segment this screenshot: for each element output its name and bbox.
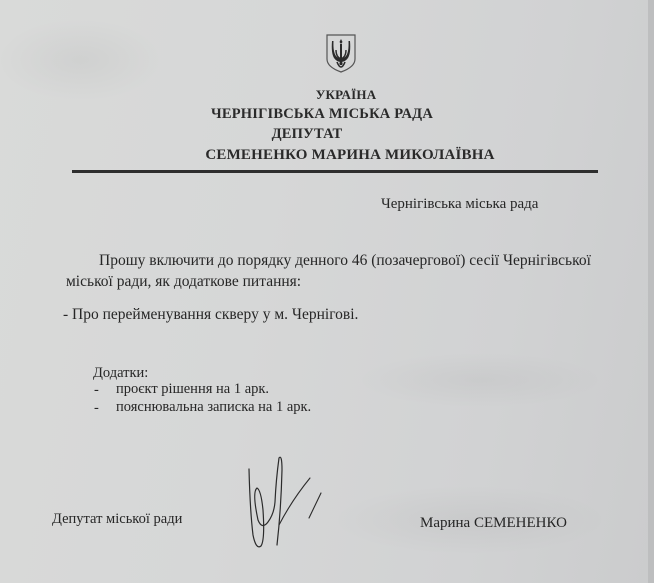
- trident-emblem-icon: [324, 33, 358, 73]
- signatory-role: Депутат міської ради: [52, 511, 182, 528]
- agenda-item: - Про перейменування скверу у м. Черніго…: [63, 306, 358, 324]
- paper-edge: [648, 0, 654, 583]
- letterhead-divider: [72, 170, 598, 173]
- document-page: УКРАЇНА ЧЕРНІГІВСЬКА МІСЬКА РАДА ДЕПУТАТ…: [0, 0, 648, 583]
- addressee: Чернігівська міська рада: [381, 196, 538, 213]
- letterhead-role: ДЕПУТАТ: [0, 126, 634, 143]
- attachments-title: Додатки:: [93, 365, 148, 382]
- attachment-bullet: -: [94, 382, 99, 399]
- attachment-bullet: -: [94, 400, 99, 417]
- letterhead-country: УКРАЇНА: [19, 87, 654, 103]
- letterhead-council: ЧЕРНІГІВСЬКА МІСЬКА РАДА: [0, 106, 649, 123]
- request-text-line-1: Прошу включити до порядку денного 46 (по…: [99, 252, 591, 270]
- attachment-item: проєкт рішення на 1 арк.: [116, 381, 269, 398]
- letterhead-name: СЕМЕНЕНКО МАРИНА МИКОЛАЇВНА: [23, 147, 654, 164]
- attachment-item: пояснювальна записка на 1 арк.: [116, 399, 311, 416]
- request-text-line-2: міської ради, як додаткове питання:: [66, 273, 301, 291]
- handwritten-signature-icon: [230, 450, 340, 560]
- signatory-name: Марина СЕМЕНЕНКО: [420, 515, 567, 532]
